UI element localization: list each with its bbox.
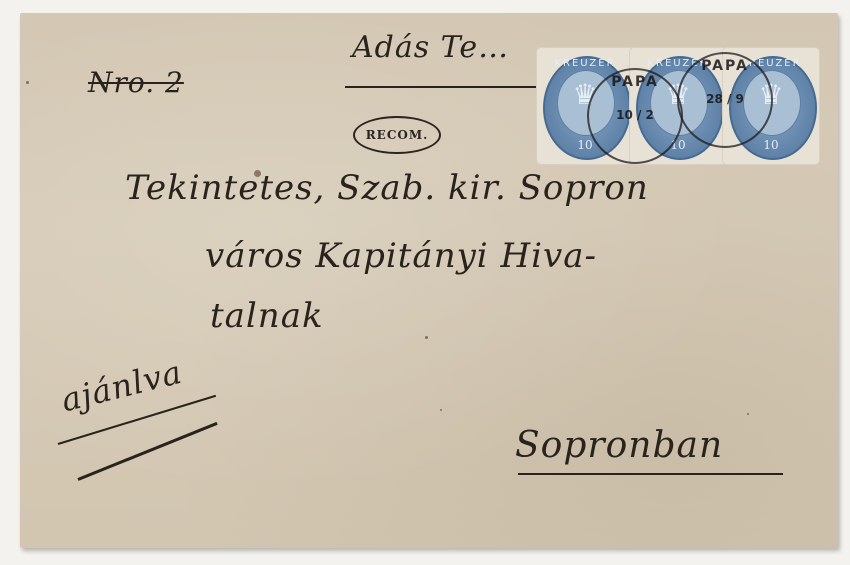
paper-speck	[26, 81, 29, 84]
paper-speck	[440, 409, 442, 411]
destination-city-underline	[518, 473, 783, 475]
address-line-3: talnak	[210, 296, 324, 336]
stamp-strip: KREUZER ♛ 10 KREUZER ♛ 10 KREUZER ♛ 10 P…	[537, 48, 819, 164]
address-line-1: Tekintetes, Szab. kir. Sopron	[125, 168, 649, 208]
paper-speck	[747, 413, 749, 415]
postmark: PAPA 28 / 9	[677, 52, 773, 148]
reference-mark: Nro. 2	[88, 66, 184, 99]
postmark-town: PAPA	[679, 58, 771, 74]
postmark-date: 28 / 9	[679, 92, 771, 106]
destination-city: Sopronban	[515, 425, 723, 466]
paper-speck	[425, 336, 428, 339]
address-line-2: város Kapitányi Hiva-	[205, 236, 597, 276]
postmark-date: 10 / 2	[589, 108, 681, 122]
postmark-town: PAPA	[589, 74, 681, 90]
postmark: PAPA 10 / 2	[587, 68, 683, 164]
sender-note: Adás Te…	[352, 30, 509, 65]
registration-stamp: RECOM.	[353, 116, 441, 154]
sender-note-underline	[345, 86, 545, 88]
stamp-label: KREUZER	[537, 58, 633, 69]
